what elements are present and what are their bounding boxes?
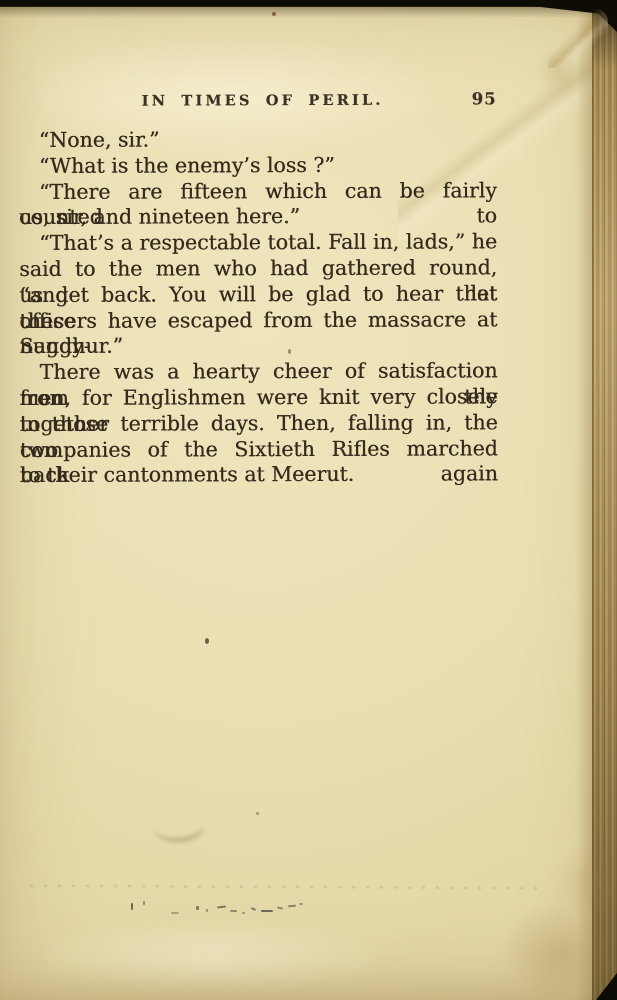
text-line: us get back. You will be glad to hear th… — [19, 281, 497, 308]
text-line: “That’s a respectable total. Fall in, la… — [19, 230, 497, 257]
text-line: said to the men who had gathered round, … — [19, 255, 497, 282]
text-line: officers have escaped from the massacre … — [19, 307, 497, 334]
book-page-scan: IN TIMES OF PERIL. 95 “None, sir.”“What … — [0, 0, 617, 1000]
running-title: IN TIMES OF PERIL. — [19, 91, 497, 110]
text-line: There was a hearty cheer of satisfaction… — [20, 359, 498, 386]
text-line: in those terrible days. Then, falling in… — [20, 410, 498, 437]
text-line: nugghur.” — [19, 333, 497, 360]
printed-content: IN TIMES OF PERIL. 95 “None, sir.”“What … — [0, 0, 617, 1000]
text-line: companies of the Sixtieth Rifles marched… — [20, 436, 498, 463]
text-block: “None, sir.”“What is the enemy’s loss ?”… — [19, 126, 498, 489]
page-number: 95 — [472, 89, 497, 108]
text-line: “There are fifteen which can be fairly c… — [19, 178, 497, 205]
page-header: IN TIMES OF PERIL. 95 — [19, 91, 497, 115]
text-line: men, for Englishmen were knit very close… — [20, 384, 498, 411]
text-line: “None, sir.” — [19, 126, 497, 153]
text-line: “What is the enemy’s loss ?” — [19, 152, 497, 179]
